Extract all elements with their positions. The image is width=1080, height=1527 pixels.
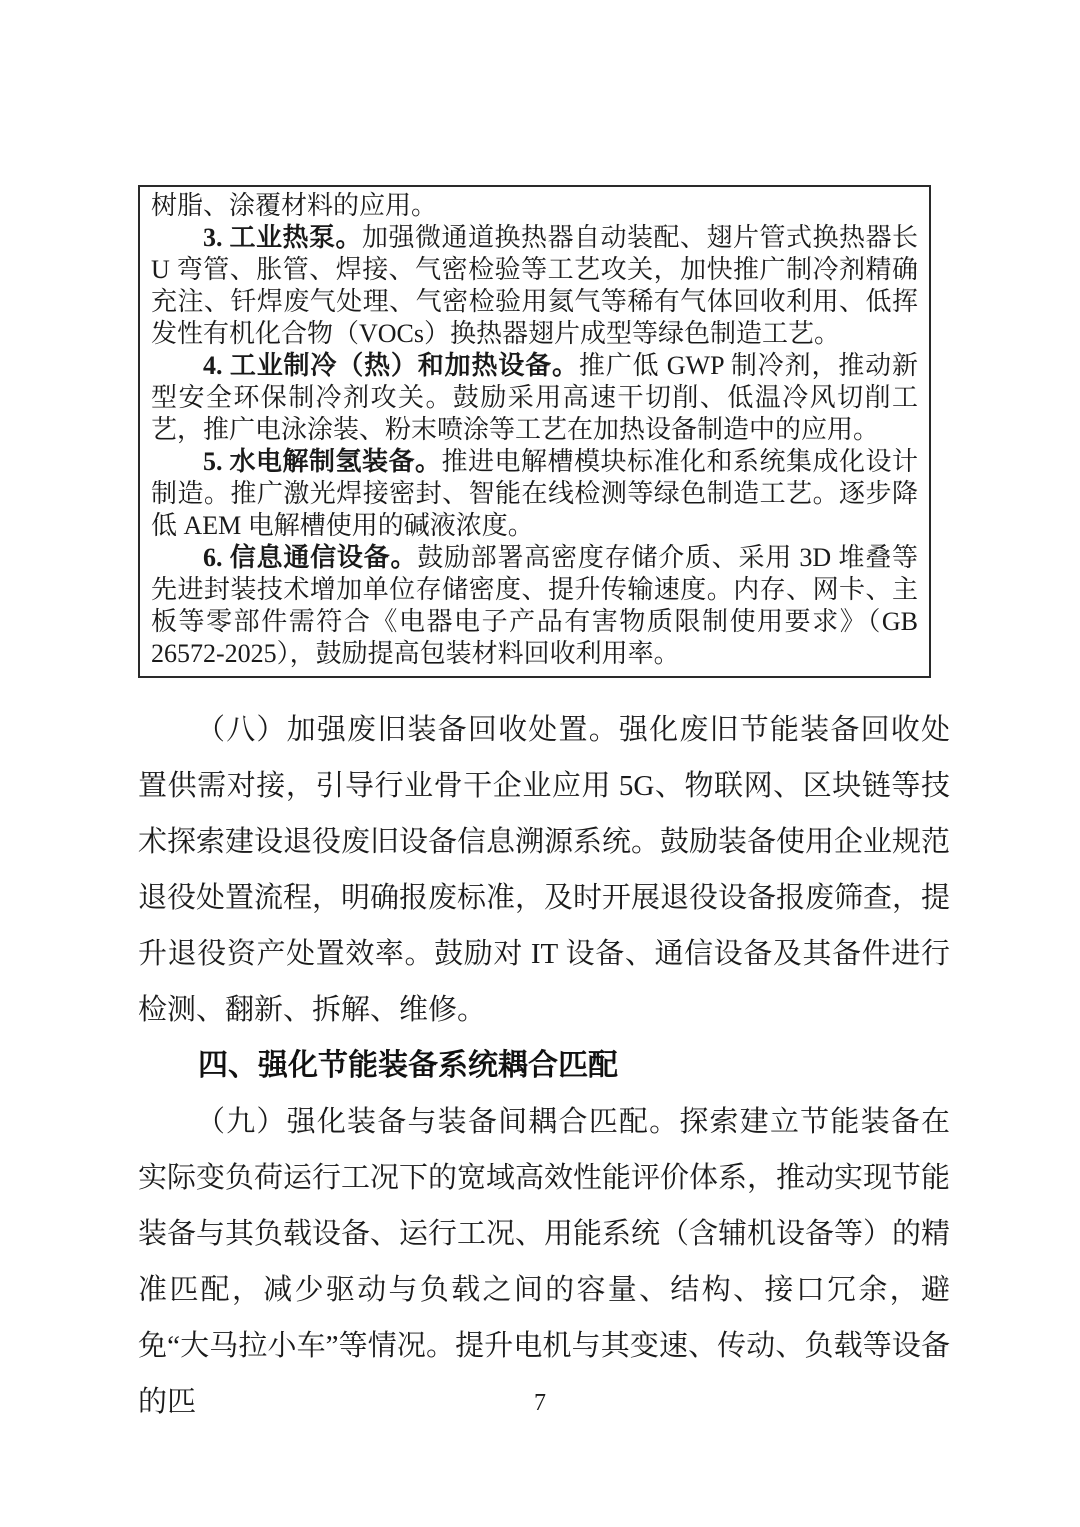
box-item-4-label: 4. 工业制冷（热）和加热设备。: [203, 351, 579, 380]
paragraph-9: （九）强化装备与装备间耦合匹配。探索建立节能装备在实际变负荷运行工况下的宽域高效…: [138, 1094, 950, 1430]
numbered-items-box: 树脂、涂覆材料的应用。 3. 工业热泵。加强微通道换热器自动装配、翅片管式换热器…: [138, 185, 931, 678]
section-heading: 四、强化节能装备系统耦合匹配: [138, 1042, 950, 1090]
box-item-3: 3. 工业热泵。加强微通道换热器自动装配、翅片管式换热器长 U 弯管、胀管、焊接…: [151, 222, 918, 350]
paragraph-8-text: 强化废旧节能装备回收处置供需对接，引导行业骨干企业应用 5G、物联网、区块链等技…: [138, 714, 950, 1026]
paragraph-8: （八）加强废旧装备回收处置。强化废旧节能装备回收处置供需对接，引导行业骨干企业应…: [138, 702, 950, 1038]
box-continuation-line: 树脂、涂覆材料的应用。: [151, 190, 918, 222]
document-page: 树脂、涂覆材料的应用。 3. 工业热泵。加强微通道换热器自动装配、翅片管式换热器…: [0, 0, 1080, 1527]
paragraph-9-text: 探索建立节能装备在实际变负荷运行工况下的宽域高效性能评价体系，推动实现节能装备与…: [138, 1106, 950, 1418]
box-item-5-label: 5. 水电解制氢装备。: [203, 447, 442, 476]
paragraph-8-lead: （八）加强废旧装备回收处置。: [196, 714, 619, 746]
box-item-4: 4. 工业制冷（热）和加热设备。推广低 GWP 制冷剂，推动新型安全环保制冷剂攻…: [151, 350, 918, 446]
box-item-6: 6. 信息通信设备。鼓励部署高密度存储介质、采用 3D 堆叠等先进封装技术增加单…: [151, 542, 918, 670]
paragraph-9-lead: （九）强化装备与装备间耦合匹配。: [196, 1106, 679, 1138]
box-item-6-label: 6. 信息通信设备。: [203, 543, 417, 572]
page-number: 7: [0, 1390, 1080, 1417]
box-item-3-label: 3. 工业热泵。: [203, 223, 362, 252]
box-item-5: 5. 水电解制氢装备。推进电解槽模块标准化和系统集成化设计制造。推广激光焊接密封…: [151, 446, 918, 542]
